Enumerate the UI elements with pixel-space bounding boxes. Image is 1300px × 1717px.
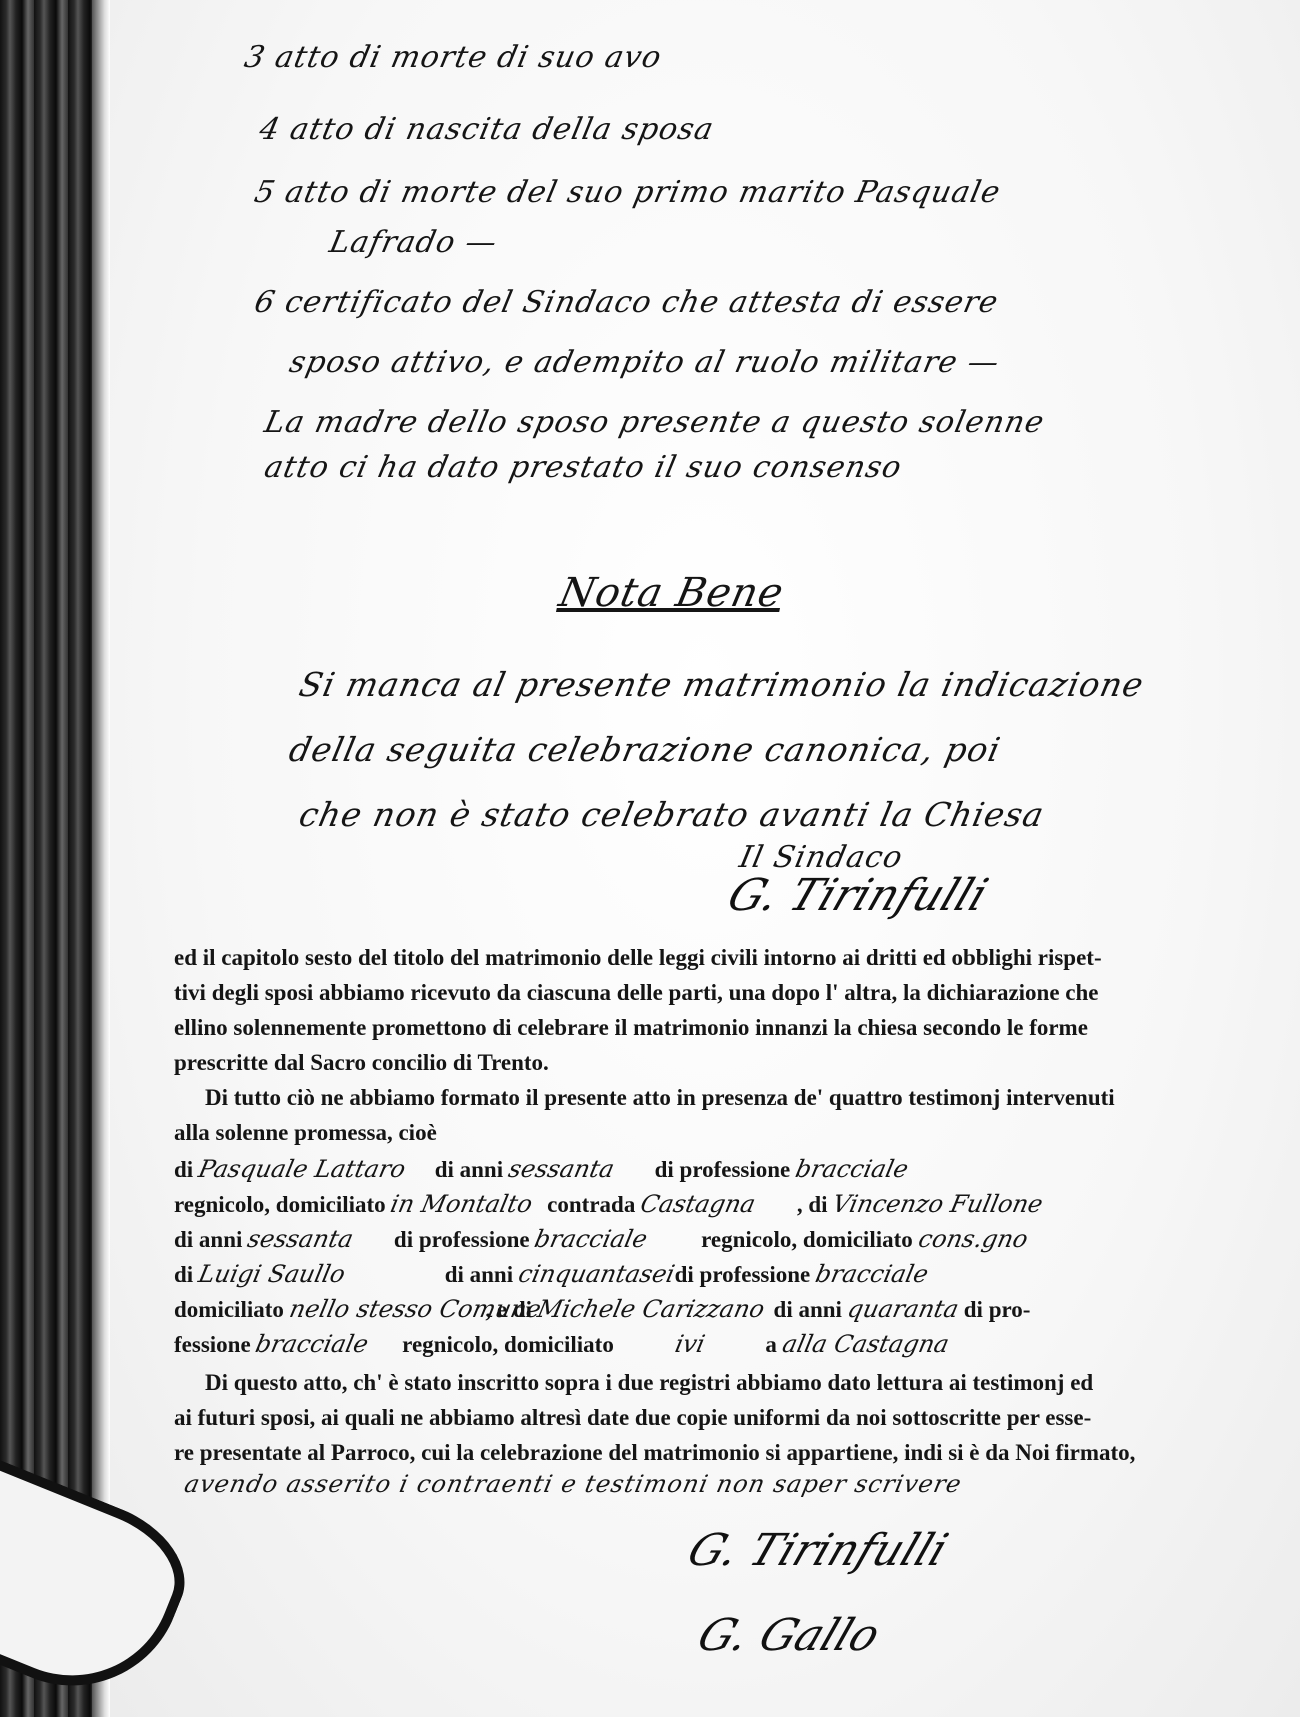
witness-profession: bracciale: [793, 1155, 911, 1183]
witness-name: Pasquale Lattaro: [196, 1155, 432, 1183]
closing-line: Di questo atto, ch' è stato inscritto so…: [205, 1370, 1093, 1396]
page-edge-shadow: [92, 0, 110, 1717]
witness-row-5: domiciliato nello stesso Comune , e di M…: [174, 1295, 1030, 1323]
list-item: Lafrado —: [326, 225, 500, 260]
witness-age: sessanta: [245, 1225, 391, 1253]
handwritten-closing: avendo asserito i contraenti e testimoni…: [182, 1470, 965, 1498]
signature-1: G. Tirinfulli: [681, 1525, 955, 1576]
closing-line: ai futuri sposi, ai quali ne abbiamo alt…: [174, 1405, 1091, 1431]
sindaco-signature: G. Tirinfulli: [721, 870, 995, 921]
printed-line: ellino solennemente promettono di celebr…: [174, 1015, 1088, 1041]
nota-bene-line: Si manca al presente matrimonio la indic…: [296, 665, 1148, 704]
witness-contrada: Castagna: [638, 1190, 794, 1218]
printed-line: alla solenne promessa, cioè: [174, 1120, 437, 1146]
witness-age: sessanta: [506, 1155, 652, 1183]
nota-bene-line: della seguita celebrazione canonica, poi: [286, 730, 1005, 769]
witness-domicile: ivi: [617, 1330, 763, 1358]
witness-name: Vincenzo Fullone: [830, 1190, 1045, 1218]
witness-row-1: di Pasquale Lattaro di anni sessanta di …: [174, 1155, 908, 1183]
list-item: 5 atto di morte del suo primo marito Pas…: [251, 175, 1004, 210]
witness-age: cinquantasei: [516, 1260, 672, 1288]
signature-2: G. Gallo: [691, 1610, 887, 1661]
witness-domicile: in Montalto: [388, 1190, 544, 1218]
nota-bene-title: Nota Bene: [555, 570, 788, 616]
list-item: 6 certificato del Sindaco che attesta di…: [251, 285, 1001, 320]
printed-line: ed il capitolo sesto del titolo del matr…: [174, 945, 1102, 971]
printed-line: tivi degli sposi abbiamo ricevuto da cia…: [174, 980, 1099, 1006]
printed-line: Di tutto ciò ne abbiamo formato il prese…: [205, 1085, 1115, 1111]
witness-row-2: regnicolo, domiciliato in Montalto contr…: [174, 1190, 1043, 1218]
list-item: sposo attivo, e adempito al ruolo milita…: [286, 345, 1003, 380]
list-item: 3 atto di morte di suo avo: [241, 40, 665, 75]
witness-row-6: fessione bracciale regnicolo, domiciliat…: [174, 1330, 948, 1358]
witness-name: Luigi Saullo: [196, 1260, 442, 1288]
list-item: atto ci ha dato prestato il suo consenso: [261, 450, 905, 485]
list-item: 4 atto di nascita della sposa: [256, 112, 717, 147]
witness-age: quaranta: [845, 1295, 961, 1323]
witness-domicile: nello stesso Comune: [287, 1295, 483, 1323]
witness-domicile: cons.gno: [916, 1225, 1031, 1253]
witness-location: alla Castagna: [780, 1330, 952, 1358]
nota-bene-line: che non è stato celebrato avanti la Chie…: [296, 795, 1048, 834]
witness-profession: bracciale: [532, 1225, 698, 1253]
witness-profession: bracciale: [813, 1260, 931, 1288]
book-binding-gutter: [0, 0, 92, 1717]
witness-row-3: di anni sessanta di professione braccial…: [174, 1225, 1027, 1253]
list-item: La madre dello sposo presente a questo s…: [261, 405, 1047, 440]
witness-profession: bracciale: [253, 1330, 399, 1358]
printed-line: prescritte dal Sacro concilio di Trento.: [174, 1050, 549, 1076]
witness-name: Michele Carizzano: [535, 1295, 771, 1323]
witness-row-4: di Luigi Saullo di anni cinquantasei di …: [174, 1260, 928, 1288]
closing-line: re presentate al Parroco, cui la celebra…: [174, 1440, 1135, 1466]
